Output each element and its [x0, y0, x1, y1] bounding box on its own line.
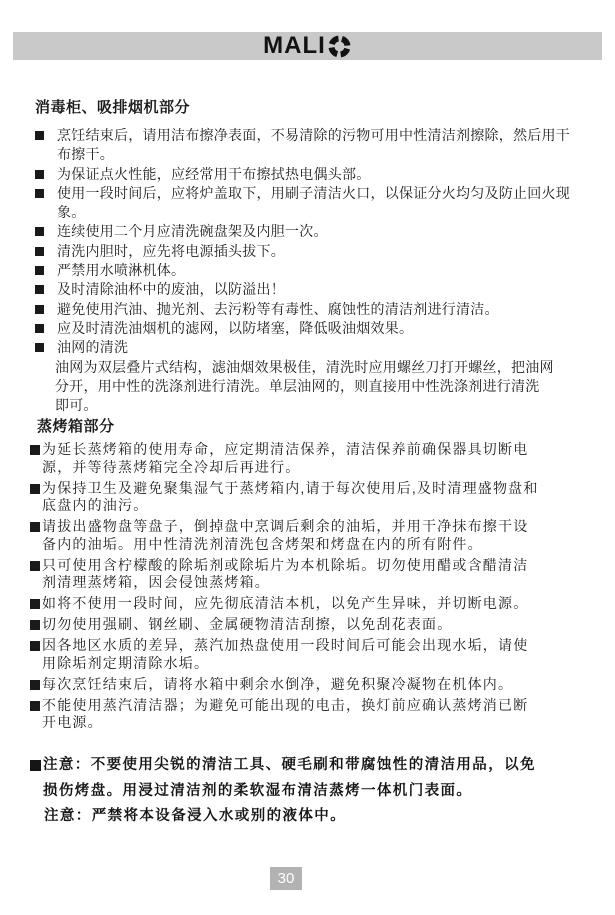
oil-net-body: 油网为双层叠片式结构，滤油烟效果极佳，清洗时应用螺丝刀打开螺丝，把油网 分开，用… [55, 358, 554, 416]
bullet-square-icon [30, 680, 40, 690]
manual-page: MALI 消毒柜、吸排烟机部分 烹饪结束后，请用洁布擦净表面，不易清除的污物可用… [0, 0, 615, 915]
list-item: 烹饪结束后，请用洁布擦净表面，不易清除的污物可用中性清洁剂擦除，然后用干 布擦干… [35, 126, 597, 165]
oil-net-title: 油网的清洗 [57, 338, 554, 357]
bullet-square-icon [30, 484, 40, 494]
bullet-square-icon [35, 227, 44, 236]
list-item: 不能使用蒸汽清洁器；为避免可能出现的电击，换灯前应确认蒸烤消已断 开电源。 [30, 697, 601, 732]
list-item: 切勿使用强刷、钢丝刷、金属硬物清洁刮擦，以免刮花表面。 [30, 616, 601, 634]
bullet-square-icon [30, 701, 40, 711]
list-item: 只可使用含柠檬酸的除垢剂或除垢片为本机除垢。切勿使用醋或含醋清洁 剂清理蒸烤箱，… [30, 557, 601, 592]
logo-text: MALI [263, 34, 326, 58]
list-item-text: 只可使用含柠檬酸的除垢剂或除垢片为本机除垢。切勿使用醋或含醋清洁 剂清理蒸烤箱，… [42, 557, 528, 592]
bullet-square-icon [30, 620, 40, 630]
list-item-text: 应及时清洗油烟机的滤网，以防堵塞，降低吸油烟效果。 [57, 319, 413, 338]
list-item: 应及时清洗油烟机的滤网，以防堵塞，降低吸油烟效果。 [35, 319, 597, 338]
list-item-text: 清洗内胆时，应先将电源插头拔下。 [57, 242, 285, 261]
list-item-text: 使用一段时间后，应将炉盖取下，用刷子清洁火口，以保证分火均匀及防止回火现 象。 [57, 184, 570, 223]
bullet-square-icon [30, 561, 40, 571]
brand-logo: MALI [263, 33, 352, 59]
shutter-o-icon [327, 34, 352, 59]
brand-banner: MALI [13, 32, 602, 60]
list-item: 为保持卫生及避免聚集湿气于蒸烤箱内,请于每次使用后,及时清理盛物盘和 底盘内的油… [30, 480, 601, 515]
list-item: 请拔出盛物盘等盘子，倒掉盘中烹调后剩余的油垢，并用干净抹布擦干设 备内的油垢。用… [30, 518, 601, 553]
bullet-square-icon [30, 641, 40, 651]
notice-item: 注意：不要使用尖锐的清洁工具、硬毛刷和带腐蚀性的清洁用品，以免 损伤烤盘。用浸过… [30, 753, 603, 804]
bullet-square-icon [35, 189, 44, 198]
list-item: 为保证点火性能，应经常用干布擦拭热电偶头部。 [35, 165, 597, 184]
list-item-text: 为保持卫生及避免聚集湿气于蒸烤箱内,请于每次使用后,及时清理盛物盘和 底盘内的油… [42, 480, 539, 515]
list-item: 清洗内胆时，应先将电源插头拔下。 [35, 242, 597, 261]
bullet-square-icon [35, 247, 44, 256]
list-item-text: 及时清除油杯中的废油，以防溢出！ [57, 280, 285, 299]
oil-net-cleaning: 油网的清洗 油网为双层叠片式结构，滤油烟效果极佳，清洗时应用螺丝刀打开螺丝，把油… [57, 338, 554, 415]
list-item: 及时清除油杯中的废油，以防溢出！ [35, 280, 597, 299]
notice-text: 注意：严禁将本设备浸入水或别的液体中。 [44, 808, 346, 824]
section-heading: 消毒柜、吸排烟机部分 [35, 99, 597, 117]
list-item: 因各地区水质的差异，蒸汽加热盘使用一段时间后可能会出现水垢，请使 用除垢剂定期清… [30, 637, 601, 672]
notice-text: 注意：不要使用尖锐的清洁工具、硬毛刷和带腐蚀性的清洁用品，以免 损伤烤盘。用浸过… [43, 753, 536, 804]
bullet-square-icon [35, 131, 44, 140]
bullet-square-icon [35, 266, 44, 275]
notice-item: 注意：严禁将本设备浸入水或别的液体中。 [30, 804, 603, 830]
list-item-text: 连续使用二个月应清洗碗盘架及内胆一次。 [57, 222, 328, 241]
list-item-text: 不能使用蒸汽清洁器；为避免可能出现的电击，换灯前应确认蒸烤消已断 开电源。 [42, 697, 528, 732]
list-item: 避免使用汽油、抛光剂、去污粉等有毒性、腐蚀性的清洁剂进行清洁。 [35, 300, 597, 319]
list-item-text: 切勿使用强刷、钢丝刷、金属硬物清洁刮擦，以免刮花表面。 [42, 616, 452, 634]
bullet-square-icon [30, 522, 40, 532]
bullet-square-icon [35, 343, 44, 352]
bullet-square-icon [35, 305, 44, 314]
list-item-text: 避免使用汽油、抛光剂、去污粉等有毒性、腐蚀性的清洁剂进行清洁。 [57, 300, 499, 319]
list-item: 为延长蒸烤箱的使用寿命，应定期清洁保养，清洁保养前确保器具切断电 源，并等待蒸烤… [30, 441, 601, 476]
section-steam-oven: 蒸烤箱部分 为延长蒸烤箱的使用寿命，应定期清洁保养，清洁保养前确保器具切断电 源… [30, 418, 601, 735]
page-number-badge: 30 [270, 867, 302, 890]
section-heading: 蒸烤箱部分 [37, 418, 601, 436]
bullet-square-icon [30, 599, 40, 609]
bullet-square-icon [35, 285, 44, 294]
list-item: 如将不使用一段时间，应先彻底清洁本机，以免产生异味，并切断电源。 [30, 595, 601, 613]
list-item-text: 每次烹饪结束后，请将水箱中剩余水倒净，避免积聚冷凝物在机体内。 [42, 676, 513, 694]
section-disinfection-hood: 消毒柜、吸排烟机部分 烹饪结束后，请用洁布擦净表面，不易清除的污物可用中性清洁剂… [35, 99, 597, 415]
list-item-text: 严禁用水喷淋机体。 [57, 261, 185, 280]
list-item-oil-net: 油网的清洗 油网为双层叠片式结构，滤油烟效果极佳，清洗时应用螺丝刀打开螺丝，把油… [35, 338, 597, 415]
bullet-square-icon [30, 760, 41, 771]
list-item-text: 为保证点火性能，应经常用干布擦拭热电偶头部。 [57, 165, 371, 184]
list-item-text: 如将不使用一段时间，应先彻底清洁本机，以免产生异味，并切断电源。 [42, 595, 528, 613]
list-item-text: 请拔出盛物盘等盘子，倒掉盘中烹调后剩余的油垢，并用干净抹布擦干设 备内的油垢。用… [42, 518, 528, 553]
list-item-text: 为延长蒸烤箱的使用寿命，应定期清洁保养，清洁保养前确保器具切断电 源，并等待蒸烤… [42, 441, 528, 476]
bullet-square-icon [35, 324, 44, 333]
list-item-text: 烹饪结束后，请用洁布擦净表面，不易清除的污物可用中性清洁剂擦除，然后用干 布擦干… [57, 126, 570, 165]
notice-block: 注意：不要使用尖锐的清洁工具、硬毛刷和带腐蚀性的清洁用品，以免 损伤烤盘。用浸过… [30, 753, 603, 830]
list-item: 严禁用水喷淋机体。 [35, 261, 597, 280]
list-item: 使用一段时间后，应将炉盖取下，用刷子清洁火口，以保证分火均匀及防止回火现 象。 [35, 184, 597, 223]
bullet-square-icon [30, 445, 40, 455]
list-item-text: 因各地区水质的差异，蒸汽加热盘使用一段时间后可能会出现水垢，请使 用除垢剂定期清… [42, 637, 528, 672]
disinfection-hood-list: 烹饪结束后，请用洁布擦净表面，不易清除的污物可用中性清洁剂擦除，然后用干 布擦干… [35, 126, 597, 415]
bullet-square-icon [35, 170, 44, 179]
list-item: 连续使用二个月应清洗碗盘架及内胆一次。 [35, 222, 597, 241]
steam-oven-list: 为延长蒸烤箱的使用寿命，应定期清洁保养，清洁保养前确保器具切断电 源，并等待蒸烤… [30, 441, 601, 732]
list-item: 每次烹饪结束后，请将水箱中剩余水倒净，避免积聚冷凝物在机体内。 [30, 676, 601, 694]
